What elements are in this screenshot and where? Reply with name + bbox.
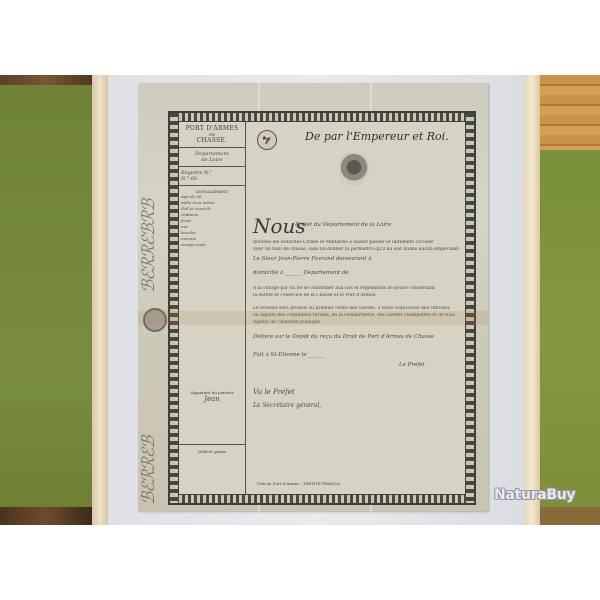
text-line: la sûreté et l'exercice de la Chasse et … (253, 293, 459, 299)
signalement-lines: Agé de 36 taille d'un mètre Poil et sour… (181, 194, 243, 248)
green-felt-left (0, 85, 92, 510)
green-felt-right (540, 150, 600, 525)
frame-edge-left (92, 75, 108, 525)
left-column: PORT D'ARMES DE CHASSE. Département de L… (179, 122, 246, 494)
calligraphic-flourish: ℬℰℛℛℰℬ (142, 335, 164, 505)
departement-block: Département de Loire (179, 148, 245, 167)
frame-edge-right (524, 75, 540, 525)
registre-num-value: 68 (191, 176, 197, 182)
delivered-label: Délivré gratis (179, 444, 245, 454)
signalement-block: SIGNALEMENT Agé de 36 taille d'un mètre … (179, 186, 245, 251)
border-right (466, 113, 474, 503)
text-line: Fait à St-Etienne le ______ (253, 352, 459, 358)
text-line: domicilié à ______ Département de (253, 270, 459, 276)
calligraphic-flourish: ℬℰℛℛℰℬℛℬ (142, 103, 164, 293)
text-line: Le Présent sera produit au premier ordre… (253, 306, 459, 312)
border-left (170, 113, 178, 503)
wood-edge (540, 75, 600, 150)
imperial-crest-icon (339, 152, 369, 186)
text-line: Délivré sur le Dépôt du reçu du Droit de… (253, 334, 459, 340)
departement-value: de Loire (181, 157, 243, 163)
wood-edge (540, 507, 600, 525)
secretaire-general: Le Secrétaire général, (253, 402, 459, 410)
ornamental-border: PORT D'ARMES DE CHASSE. Département de L… (168, 111, 476, 505)
document-heading: De par l'Empereur et Roi. (305, 130, 449, 143)
text-line: ou Agents des communes rurales, de la Ge… (253, 313, 459, 319)
signalement-line: visage ovale (181, 242, 243, 248)
text-line: A la charge par lui de se conformer aux … (253, 286, 459, 292)
text-line: Invitons les Autorités Civiles et Milita… (253, 240, 459, 246)
price-note: Prix du Port d'Armes : TRENTE FRANCS. (257, 481, 341, 486)
text-line: Agents de l'Autorité publique. (253, 320, 459, 326)
counterfoil-stub: ℬℰℛℛℰℬℛℬ ℬℰℛℛℰℬ (140, 103, 164, 503)
title-chasse: CHASSE. (181, 137, 243, 144)
wood-edge (0, 507, 92, 525)
vu-prefet: Vu le Préfet (253, 388, 459, 396)
registre-num-label: N.° (181, 176, 189, 182)
eagle-seal-icon: 🦅 (257, 130, 277, 150)
text-line: avec un fusil de chasse, sans lui donner… (253, 247, 459, 253)
document-body: PORT D'ARMES DE CHASSE. Département de L… (178, 121, 466, 495)
text-line: Le Sieur Jean-Pierre Favrand demeurant à (253, 256, 459, 262)
document-paper: ℬℰℛℛℰℬℛℬ ℬℰℛℛℰℬ PORT D'ARMES DE CHASSE. (138, 83, 488, 511)
frame-mat: ℬℰℛℛℰℬℛℬ ℬℰℛℛℰℬ PORT D'ARMES DE CHASSE. (108, 75, 524, 525)
framed-document-photo: ℬℰℛℛℰℬℛℬ ℬℰℛℛℰℬ PORT D'ARMES DE CHASSE. (0, 75, 600, 525)
title-port-d-armes: PORT D'ARMES (181, 125, 243, 132)
naturabuy-watermark: NaturaBuy (494, 487, 575, 503)
text-line: Le Préfet (399, 362, 459, 368)
text-line: Préfet du Département de la Loire (295, 222, 459, 228)
signature-block: Signature du porteur Jean (181, 390, 243, 403)
registre-block: Registre N.° N.° 68 (179, 167, 245, 186)
title-block: PORT D'ARMES DE CHASSE. (179, 122, 245, 148)
main-text: 🦅 De par l'Empereur et Roi. Nous Préfet … (249, 126, 461, 490)
stub-seal-icon (143, 308, 167, 332)
signature-value: Jean (181, 395, 243, 403)
